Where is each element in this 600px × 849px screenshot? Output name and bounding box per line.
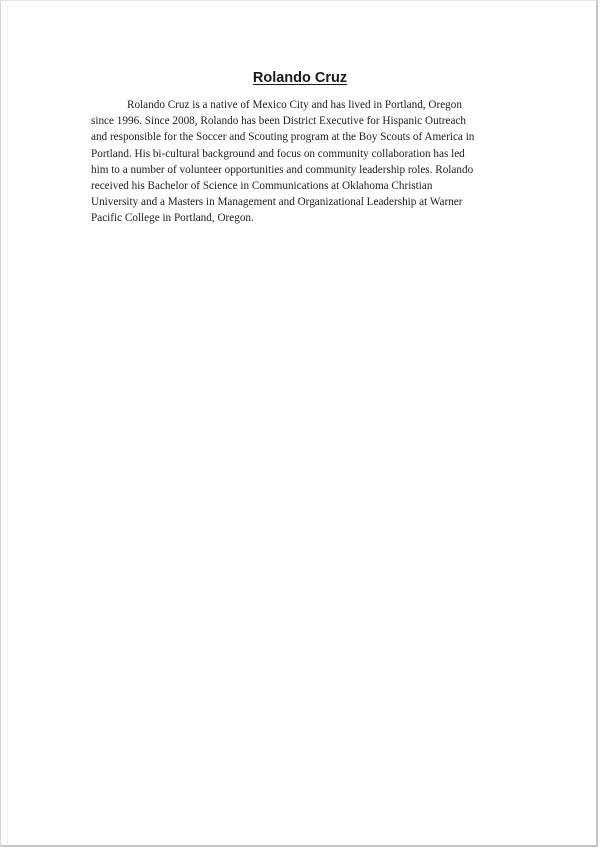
paragraph-line: Rolando Cruz is a native of Mexico City … (91, 97, 521, 113)
paragraph-line: and responsible for the Soccer and Scout… (91, 129, 521, 145)
paragraph-line: Pacific College in Portland, Oregon. (91, 210, 521, 226)
bio-paragraph: Rolando Cruz is a native of Mexico City … (91, 97, 521, 227)
paragraph-line: him to a number of volunteer opportuniti… (91, 162, 521, 178)
paragraph-line: Portland. His bi-cultural background and… (91, 146, 521, 162)
document-title: Rolando Cruz (0, 70, 600, 86)
paragraph-line: since 1996. Since 2008, Rolando has been… (91, 113, 521, 129)
paragraph-line: University and a Masters in Management a… (91, 194, 521, 210)
paragraph-line: received his Bachelor of Science in Comm… (91, 178, 521, 194)
